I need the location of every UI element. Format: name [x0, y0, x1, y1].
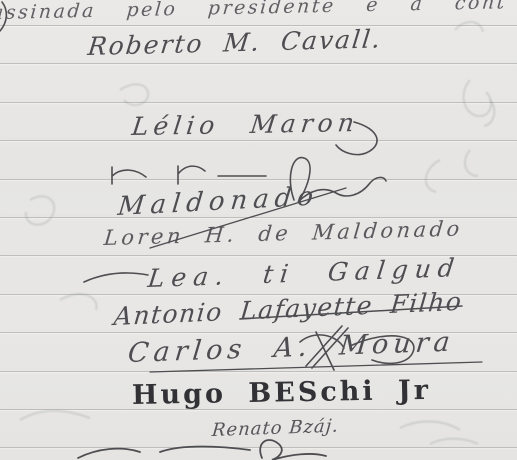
ruled-line — [0, 63, 517, 64]
signature-maldonado-struck-through: Maldonado — [116, 181, 320, 222]
ruled-line — [0, 140, 517, 141]
ruled-line — [0, 371, 517, 372]
handwritten-header-line: assinada pelo presidente e a cont — [0, 0, 508, 24]
signature-lelio-maron: Lélio Maron — [130, 108, 361, 141]
ghost-squiggle — [455, 22, 494, 126]
ruled-line — [0, 447, 517, 448]
signature-leati-galgud: Lea. ti Galgud — [146, 253, 463, 293]
ruled-line — [0, 179, 517, 180]
ghost-squiggle — [464, 80, 491, 116]
ghost-squiggle — [400, 421, 478, 444]
ruled-line — [0, 25, 517, 26]
scanned-signature-page: assinada pelo presidente e a cont Robert… — [0, 0, 517, 460]
leati-leading-stroke — [84, 273, 148, 282]
ghost-squiggle — [426, 150, 478, 192]
signature-loren-h-de-maldonado: Loren H. de Maldonado — [103, 217, 464, 250]
ruled-line — [0, 409, 517, 410]
ghost-squiggle — [26, 196, 54, 224]
signature-roberto-m-cavall: Roberto M. Cavall. — [86, 24, 383, 61]
signature-partial-bottom-edge — [78, 440, 326, 460]
signature-renato-bzaj: Renato Bzáj. — [211, 416, 340, 442]
ghost-squiggle — [20, 294, 97, 420]
ruled-line — [0, 102, 517, 103]
signature-hugo-beschi-jr: Hugo BESchi Jr — [132, 375, 432, 411]
